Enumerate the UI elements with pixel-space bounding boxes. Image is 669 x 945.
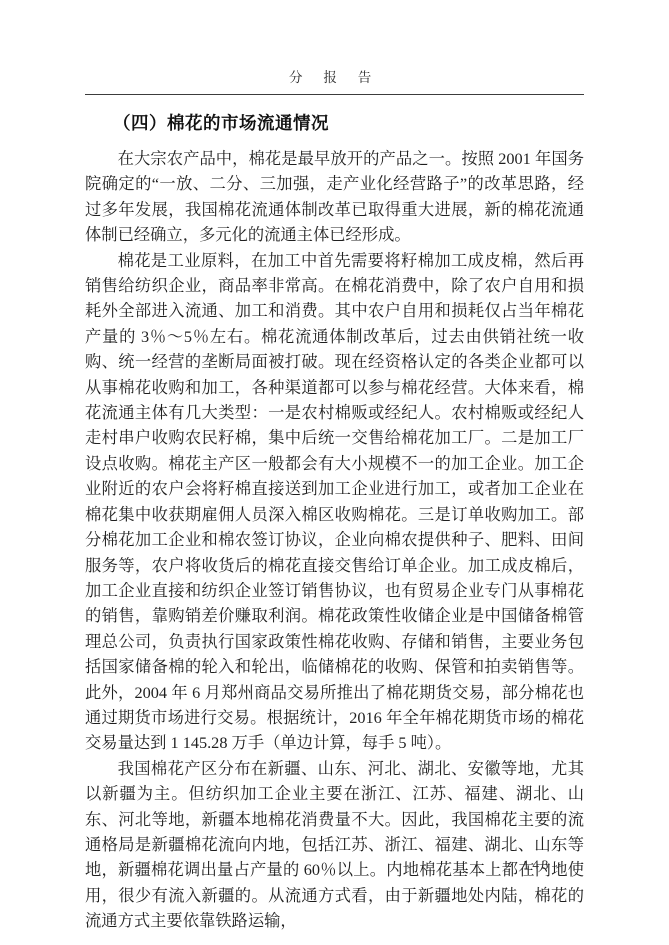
section-title: （四）棉花的市场流通情况 — [85, 110, 584, 135]
paragraph-3: 我国棉花产区分布在新疆、山东、河北、湖北、安徽等地，尤其以新疆为主。但纺织加工企… — [85, 756, 584, 934]
page-footer: · 143 · — [509, 856, 565, 874]
paragraph-1: 在大宗农产品中，棉花是最早放开的产品之一。按照 2001 年国务院确定的“一放、… — [85, 146, 584, 248]
running-head: 分 报 告 — [85, 66, 584, 95]
document-page: 分 报 告 （四）棉花的市场流通情况 在大宗农产品中，棉花是最早放开的产品之一。… — [0, 0, 669, 945]
page-number: · 143 · — [509, 857, 565, 872]
body-text: 在大宗农产品中，棉花是最早放开的产品之一。按照 2001 年国务院确定的“一放、… — [85, 146, 584, 934]
running-head-text: 分 报 告 — [289, 70, 380, 85]
paragraph-2: 棉花是工业原料，在加工中首先需要将籽棉加工成皮棉，然后再销售给纺织企业，商品率非… — [85, 248, 584, 756]
